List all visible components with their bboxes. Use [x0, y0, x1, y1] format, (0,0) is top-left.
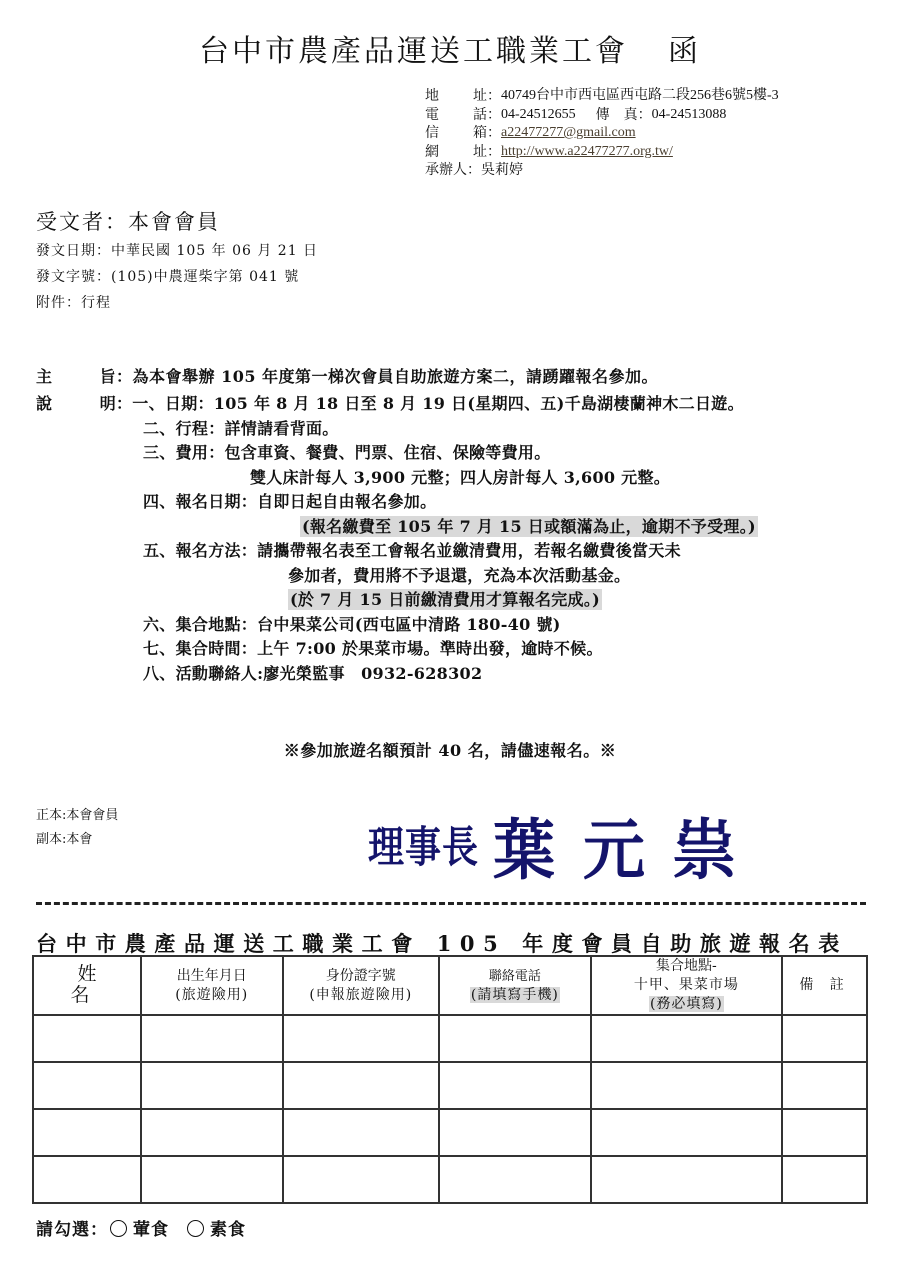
explain-item-itinerary: 二、行程：詳情請看背面。	[36, 417, 758, 442]
registration-deadline-note: (報名繳費至 105 年 7 月 15 日或額滿為止，逾期不予受理。)	[300, 516, 758, 537]
recipient: 受文者：本會會員	[36, 206, 220, 236]
email-row: 信箱 ： a22477277@gmail.com	[425, 124, 779, 143]
cell-remarks[interactable]	[782, 1156, 867, 1203]
cell-birthdate[interactable]	[141, 1062, 283, 1109]
explanation: 說明：一、日期：105 年 8 月 18 日至 8 月 19 日(星期四、五)千…	[36, 392, 758, 686]
fax-label: 傳 真	[596, 106, 638, 125]
explain-item-fee: 三、費用：包含車資、餐費、門票、住宿、保險等費用。	[36, 441, 758, 466]
address-row: 地址 ： 40749台中市西屯區西屯路二段256巷6號5樓-3	[425, 87, 779, 106]
doc-number: 發文字號：(105)中農運柴字第 041 號	[36, 264, 318, 290]
cell-meeting-place[interactable]	[591, 1062, 782, 1109]
signature-name: 葉元祟	[493, 798, 763, 891]
table-row	[33, 1156, 867, 1203]
website-row: 網址 ： http://www.a22477277.org.tw/	[425, 143, 779, 162]
cell-id-number[interactable]	[283, 1109, 440, 1156]
table-header-row: 姓 名 出生年月日(旅遊險用) 身份證字號(申報旅遊險用) 聯絡電話(請填寫手機…	[33, 956, 867, 1015]
cell-phone[interactable]	[439, 1062, 591, 1109]
explain-item-fee-detail: 雙人床計每人 3,900 元整；四人房計每人 3,600 元整。	[36, 466, 758, 491]
radio-vegetarian-icon[interactable]	[187, 1220, 204, 1237]
phone-value: 04-24512655	[501, 106, 576, 125]
phone-row: 電話 ： 04-24512655 傳 真 ： 04-24513088	[425, 106, 779, 125]
chairman-signature: 理事長葉元祟	[368, 800, 763, 889]
explain-item-registration-method: 五、報名方法：請攜帶報名表至工會報名並繳清費用，若報名繳費後當天未	[36, 539, 758, 564]
cell-name[interactable]	[33, 1156, 141, 1203]
cell-birthdate[interactable]	[141, 1156, 283, 1203]
explain-item-date: 說明：一、日期：105 年 8 月 18 日至 8 月 19 日(星期四、五)千…	[36, 392, 758, 417]
col-header-id-number: 身份證字號(申報旅遊險用)	[283, 956, 440, 1015]
copies: 正本:本會會員 副本:本會	[36, 804, 118, 852]
cell-birthdate[interactable]	[141, 1109, 283, 1156]
cell-remarks[interactable]	[782, 1109, 867, 1156]
explain-item-meeting-place: 六、集合地點：台中果菜公司(西屯區中清路 180-40 號)	[36, 613, 758, 638]
attachment: 附件：行程	[36, 290, 318, 316]
cell-id-number[interactable]	[283, 1015, 440, 1062]
handler-row: 承辦人 ： 吳莉婷	[425, 161, 779, 180]
contact-block: 地址 ： 40749台中市西屯區西屯路二段256巷6號5樓-3 電話 ： 04-…	[425, 87, 779, 180]
document-title: 台中市農產品運送工職業工會函	[0, 26, 900, 70]
signature-role: 理事長	[368, 814, 479, 875]
subject: 主旨：為本會舉辦 105 年度第一梯次會員自助旅遊方案二，請踴躍報名參加。	[36, 364, 658, 387]
cell-phone[interactable]	[439, 1156, 591, 1203]
cell-phone[interactable]	[439, 1109, 591, 1156]
meal-option-vegetarian[interactable]: 素食	[210, 1220, 246, 1240]
cell-meeting-place[interactable]	[591, 1015, 782, 1062]
col-header-phone: 聯絡電話(請填寫手機)	[439, 956, 591, 1015]
col-header-meeting-place: 集合地點-十甲、果菜市場(務必填寫)	[591, 956, 782, 1015]
meal-choice-label: 請勾選：	[36, 1220, 108, 1240]
cell-name[interactable]	[33, 1015, 141, 1062]
cell-remarks[interactable]	[782, 1062, 867, 1109]
cell-phone[interactable]	[439, 1015, 591, 1062]
explain-item-refund: 參加者，費用將不予退還，充為本次活動基金。	[36, 564, 758, 589]
registration-table: 姓 名 出生年月日(旅遊險用) 身份證字號(申報旅遊險用) 聯絡電話(請填寫手機…	[32, 955, 868, 1204]
document-meta: 發文日期：中華民國 105 年 06 月 21 日 發文字號：(105)中農運柴…	[36, 238, 318, 316]
original-copy: 正本:本會會員	[36, 804, 118, 828]
org-title: 台中市農產品運送工職業工會	[199, 34, 628, 69]
explain-item-registration-date: 四、報名日期：自即日起自由報名參加。	[36, 490, 758, 515]
col-header-name: 姓 名	[33, 956, 141, 1015]
doc-type: 函	[668, 34, 701, 69]
cell-birthdate[interactable]	[141, 1015, 283, 1062]
cell-id-number[interactable]	[283, 1062, 440, 1109]
cell-name[interactable]	[33, 1062, 141, 1109]
col-header-birthdate: 出生年月日(旅遊險用)	[141, 956, 283, 1015]
explain-item-contact-person: 八、活動聯絡人:廖光榮監事 0932-628302	[36, 662, 758, 687]
radio-meat-icon[interactable]	[110, 1220, 127, 1237]
subject-text: ：為本會舉辦 105 年度第一梯次會員自助旅遊方案二，請踴躍報名參加。	[116, 367, 658, 386]
email-link[interactable]: a22477277@gmail.com	[501, 124, 636, 143]
form-title: 台中市農產品運送工職業工會 105 年度會員自助旅遊報名表	[36, 928, 848, 958]
duplicate-copy: 副本:本會	[36, 828, 118, 852]
cell-meeting-place[interactable]	[591, 1109, 782, 1156]
website-link[interactable]: http://www.a22477277.org.tw/	[501, 143, 673, 162]
quota-notice: ※參加旅遊名額預計 40 名，請儘速報名。※	[0, 738, 900, 761]
payment-deadline-note: (於 7 月 15 日前繳清費用才算報名完成。)	[288, 589, 602, 610]
col-header-remarks: 備 註	[782, 956, 867, 1015]
address-value: 40749台中市西屯區西屯路二段256巷6號5樓-3	[501, 87, 779, 106]
meal-option-meat[interactable]: 葷食	[133, 1220, 169, 1240]
cell-remarks[interactable]	[782, 1015, 867, 1062]
handler-label: 承辦人	[425, 161, 467, 180]
cell-id-number[interactable]	[283, 1156, 440, 1203]
table-row	[33, 1109, 867, 1156]
explain-item-meeting-time: 七、集合時間：上午 7:00 於果菜市場。準時出發，逾時不候。	[36, 637, 758, 662]
cut-line-divider	[36, 902, 866, 905]
cell-meeting-place[interactable]	[591, 1156, 782, 1203]
cell-name[interactable]	[33, 1109, 141, 1156]
table-row	[33, 1062, 867, 1109]
meal-choice: 請勾選：葷食素食	[36, 1215, 262, 1240]
issue-date: 發文日期：中華民國 105 年 06 月 21 日	[36, 238, 318, 264]
fax-value: 04-24513088	[652, 106, 727, 125]
table-row	[33, 1015, 867, 1062]
handler-value: 吳莉婷	[481, 161, 523, 180]
